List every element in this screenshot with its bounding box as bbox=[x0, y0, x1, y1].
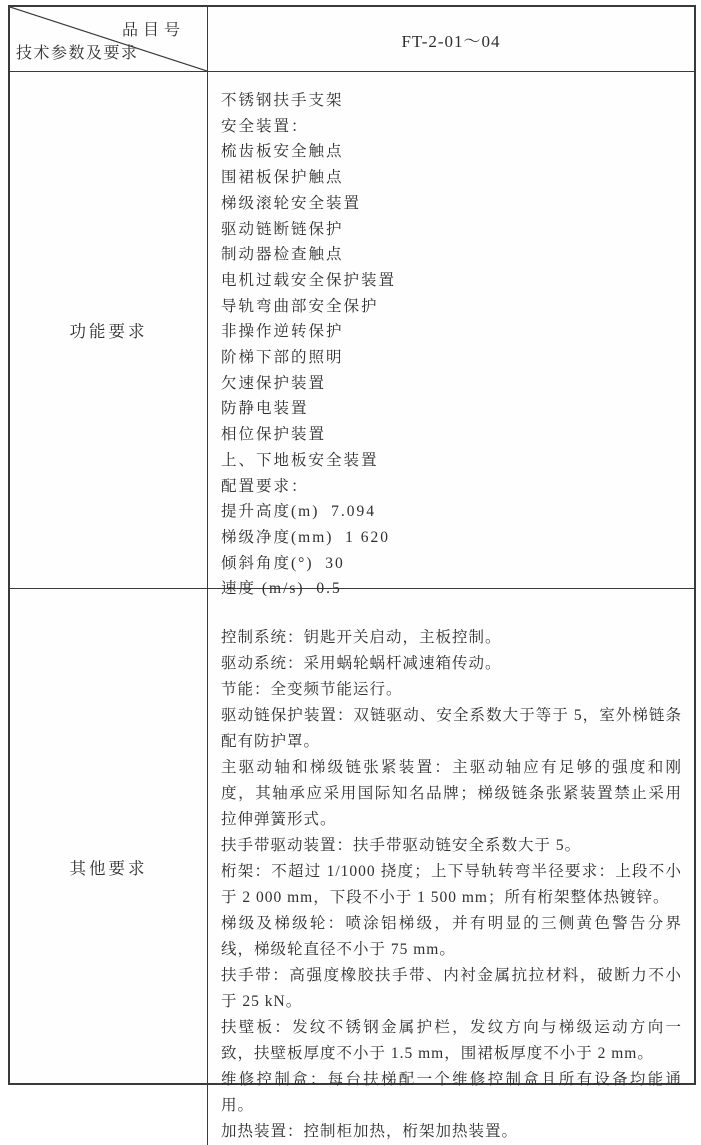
spec-line: 围裙板保护触点 bbox=[221, 165, 680, 191]
spec-line: 欠速保护装置 bbox=[221, 371, 680, 397]
item-no-value: FT-2-01～04 bbox=[401, 27, 500, 52]
spec-paragraph: 维修控制盒：每台扶梯配一个维修控制盒且所有设备均能通用。 bbox=[221, 1067, 682, 1092]
spec-line: 安全装置： bbox=[221, 114, 680, 140]
spec-paragraph: 扶手带驱动装置：扶手带驱动链安全系数大于 5。 bbox=[221, 833, 682, 859]
functional-requirements-cell: 不锈钢扶手支架安全装置：梳齿板安全触点围裙板保护触点梯级滚轮安全装置驱动链断链保… bbox=[208, 72, 694, 589]
spec-line: 非操作逆转保护 bbox=[221, 319, 680, 345]
spec-line: 相位保护装置 bbox=[221, 422, 680, 448]
functional-requirements-list: 不锈钢扶手支架安全装置：梳齿板安全触点围裙板保护触点梯级滚轮安全装置驱动链断链保… bbox=[221, 88, 680, 602]
spec-line: 阶梯下部的照明 bbox=[221, 345, 680, 371]
spec-line: 驱动链断链保护 bbox=[221, 217, 680, 243]
spec-paragraph: 梯级及梯级轮：喷涂铝梯级，并有明显的三侧黄色警告分界线，梯级轮直径不小于 75 … bbox=[221, 911, 682, 963]
row-label-text: 功能要求 bbox=[70, 318, 148, 342]
spec-paragraph: 驱动链保护装置：双链驱动、安全系数大于等于 5，室外梯链条配有防护罩。 bbox=[221, 703, 682, 755]
other-requirements-list: 控制系统：钥匙开关启动，主板控制。驱动系统：采用蜗轮蜗杆减速箱传动。节能：全变频… bbox=[221, 625, 682, 1092]
spec-line: 防静电装置 bbox=[221, 396, 680, 422]
row-label-other-requirements: 其他要求 bbox=[10, 589, 208, 1092]
spec-line: 不锈钢扶手支架 bbox=[221, 88, 680, 114]
header-item-no-label: 品目号 bbox=[122, 17, 185, 40]
spec-line: 上、下地板安全装置 bbox=[221, 448, 680, 474]
spec-paragraph: 驱动系统：采用蜗轮蜗杆减速箱传动。 bbox=[221, 651, 682, 677]
spec-line: 梳齿板安全触点 bbox=[221, 139, 680, 165]
spec-line: 导轨弯曲部安全保护 bbox=[221, 294, 680, 320]
spec-paragraph: 控制系统：钥匙开关启动，主板控制。 bbox=[221, 625, 682, 651]
spec-line: 梯级净度(mm) 1 620 bbox=[221, 525, 680, 551]
spec-paragraph: 主驱动轴和梯级链张紧装置：主驱动轴应有足够的强度和刚度，其轴承应采用国际知名品牌… bbox=[221, 755, 682, 833]
other-requirements-cell: 控制系统：钥匙开关启动，主板控制。驱动系统：采用蜗轮蜗杆减速箱传动。节能：全变频… bbox=[208, 589, 694, 1092]
spec-line: 电机过载安全保护装置 bbox=[221, 268, 680, 294]
spec-line: 梯级滚轮安全装置 bbox=[221, 191, 680, 217]
spec-line: 制动器检查触点 bbox=[221, 242, 680, 268]
spec-paragraph: 桁架：不超过 1/1000 挠度；上下导轨转弯半径要求：上段不小于 2 000 … bbox=[221, 859, 682, 911]
header-tech-params-label: 技术参数及要求 bbox=[16, 40, 139, 63]
header-item-no-cell: FT-2-01～04 bbox=[208, 7, 694, 72]
row-label-text: 其他要求 bbox=[70, 855, 148, 879]
spec-line: 配置要求： bbox=[221, 474, 680, 500]
row-label-functional-requirements: 功能要求 bbox=[10, 72, 208, 589]
spec-paragraph: 扶壁板：发纹不锈钢金属护栏，发纹方向与梯级运动方向一致，扶壁板厚度不小于 1.5… bbox=[221, 1015, 682, 1067]
spec-paragraph: 扶手带：高强度橡胶扶手带、内衬金属抗拉材料，破断力不小于 25 kN。 bbox=[221, 963, 682, 1015]
header-diagonal-cell: 品目号 技术参数及要求 bbox=[10, 7, 208, 72]
spec-paragraph: 节能：全变频节能运行。 bbox=[221, 677, 682, 703]
spec-line: 提升高度(m) 7.094 bbox=[221, 499, 680, 525]
spec-table: 品目号 技术参数及要求 FT-2-01～04 功能要求 不锈钢扶手支架安全装置：… bbox=[8, 5, 696, 1085]
spec-line: 倾斜角度(°) 30 bbox=[221, 551, 680, 577]
